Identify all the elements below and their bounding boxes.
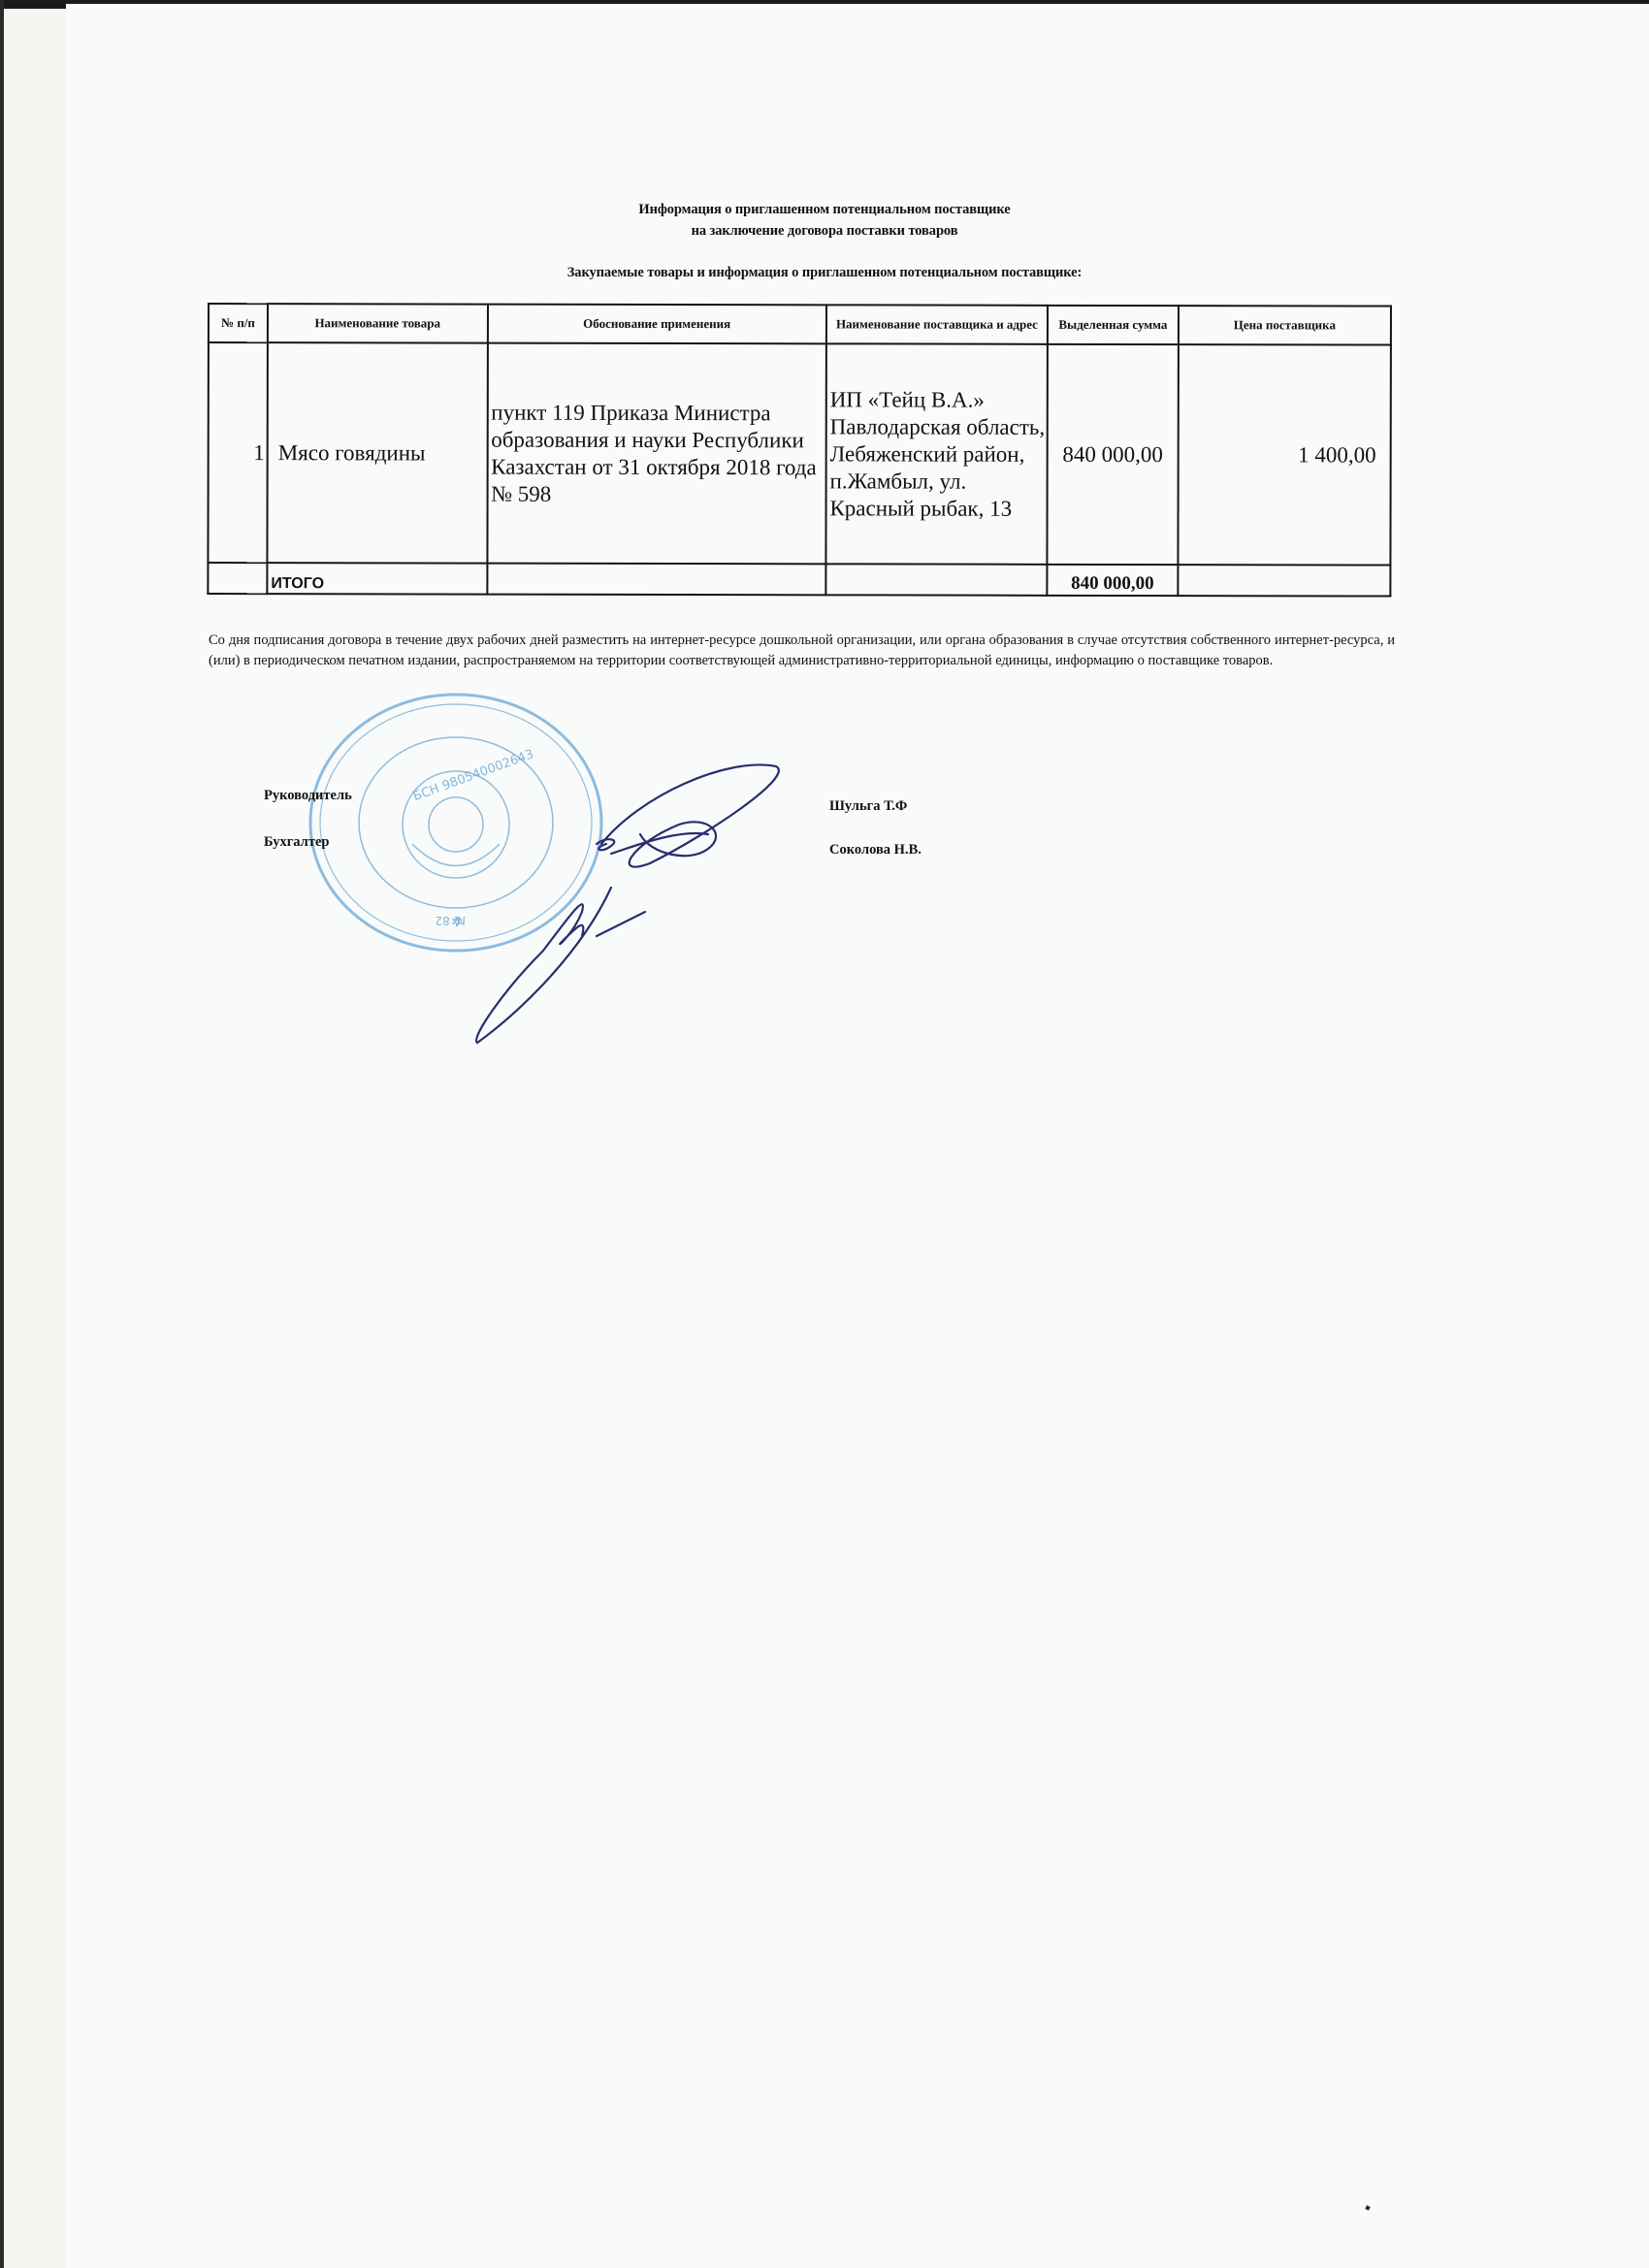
total-empty-cell bbox=[825, 564, 1047, 595]
document-title: Информация о приглашенном потенциальном … bbox=[0, 202, 1649, 218]
table-row: 1 Мясо говядины пункт 119 Приказа Минист… bbox=[208, 342, 1390, 566]
table-total-row: ИТОГО 840 000,00 bbox=[208, 563, 1390, 597]
head-name: Шульга Т.Ф bbox=[829, 798, 907, 815]
cell-number: 1 bbox=[208, 342, 268, 563]
cell-product: Мясо говядины bbox=[267, 342, 487, 563]
table-header-row: № п/п Наименование товара Обоснование пр… bbox=[209, 304, 1391, 345]
total-empty-cell bbox=[208, 563, 267, 594]
header-basis: Обоснование применения bbox=[487, 305, 825, 344]
document-title-line2: на заключение договора поставки товаров bbox=[0, 223, 1649, 240]
header-allocated-amount: Выделенная сумма bbox=[1048, 306, 1179, 344]
header-product: Наименование товара bbox=[268, 304, 488, 342]
total-label: ИТОГО bbox=[267, 563, 487, 594]
header-supplier-price: Цена поставщика bbox=[1179, 306, 1391, 344]
signature-icon bbox=[417, 718, 805, 1048]
underlying-page-edge bbox=[4, 9, 67, 2268]
header-number: № п/п bbox=[209, 304, 268, 342]
cell-basis: пункт 119 Приказа Министра образования и… bbox=[487, 343, 826, 565]
publication-note: Со дня подписания договора в течение дву… bbox=[209, 631, 1395, 671]
accountant-label: Бухгалтер bbox=[264, 834, 329, 851]
cell-supplier: ИП «Тейц В.А.» Павлодарская область, Леб… bbox=[825, 343, 1048, 564]
cell-allocated-amount: 840 000,00 bbox=[1048, 344, 1179, 565]
header-supplier: Наименование поставщика и адрес bbox=[826, 305, 1048, 343]
cell-supplier-price: 1 400,00 bbox=[1178, 344, 1391, 565]
accountant-name: Соколова Н.В. bbox=[829, 842, 921, 859]
head-label: Руководитель bbox=[264, 788, 352, 804]
document-subtitle: Закупаемые товары и информация о приглаш… bbox=[0, 265, 1649, 281]
goods-table: № п/п Наименование товара Обоснование пр… bbox=[207, 303, 1392, 598]
total-allocated-amount: 840 000,00 bbox=[1047, 565, 1178, 596]
total-empty-cell bbox=[1178, 565, 1390, 596]
total-empty-cell bbox=[487, 564, 825, 596]
